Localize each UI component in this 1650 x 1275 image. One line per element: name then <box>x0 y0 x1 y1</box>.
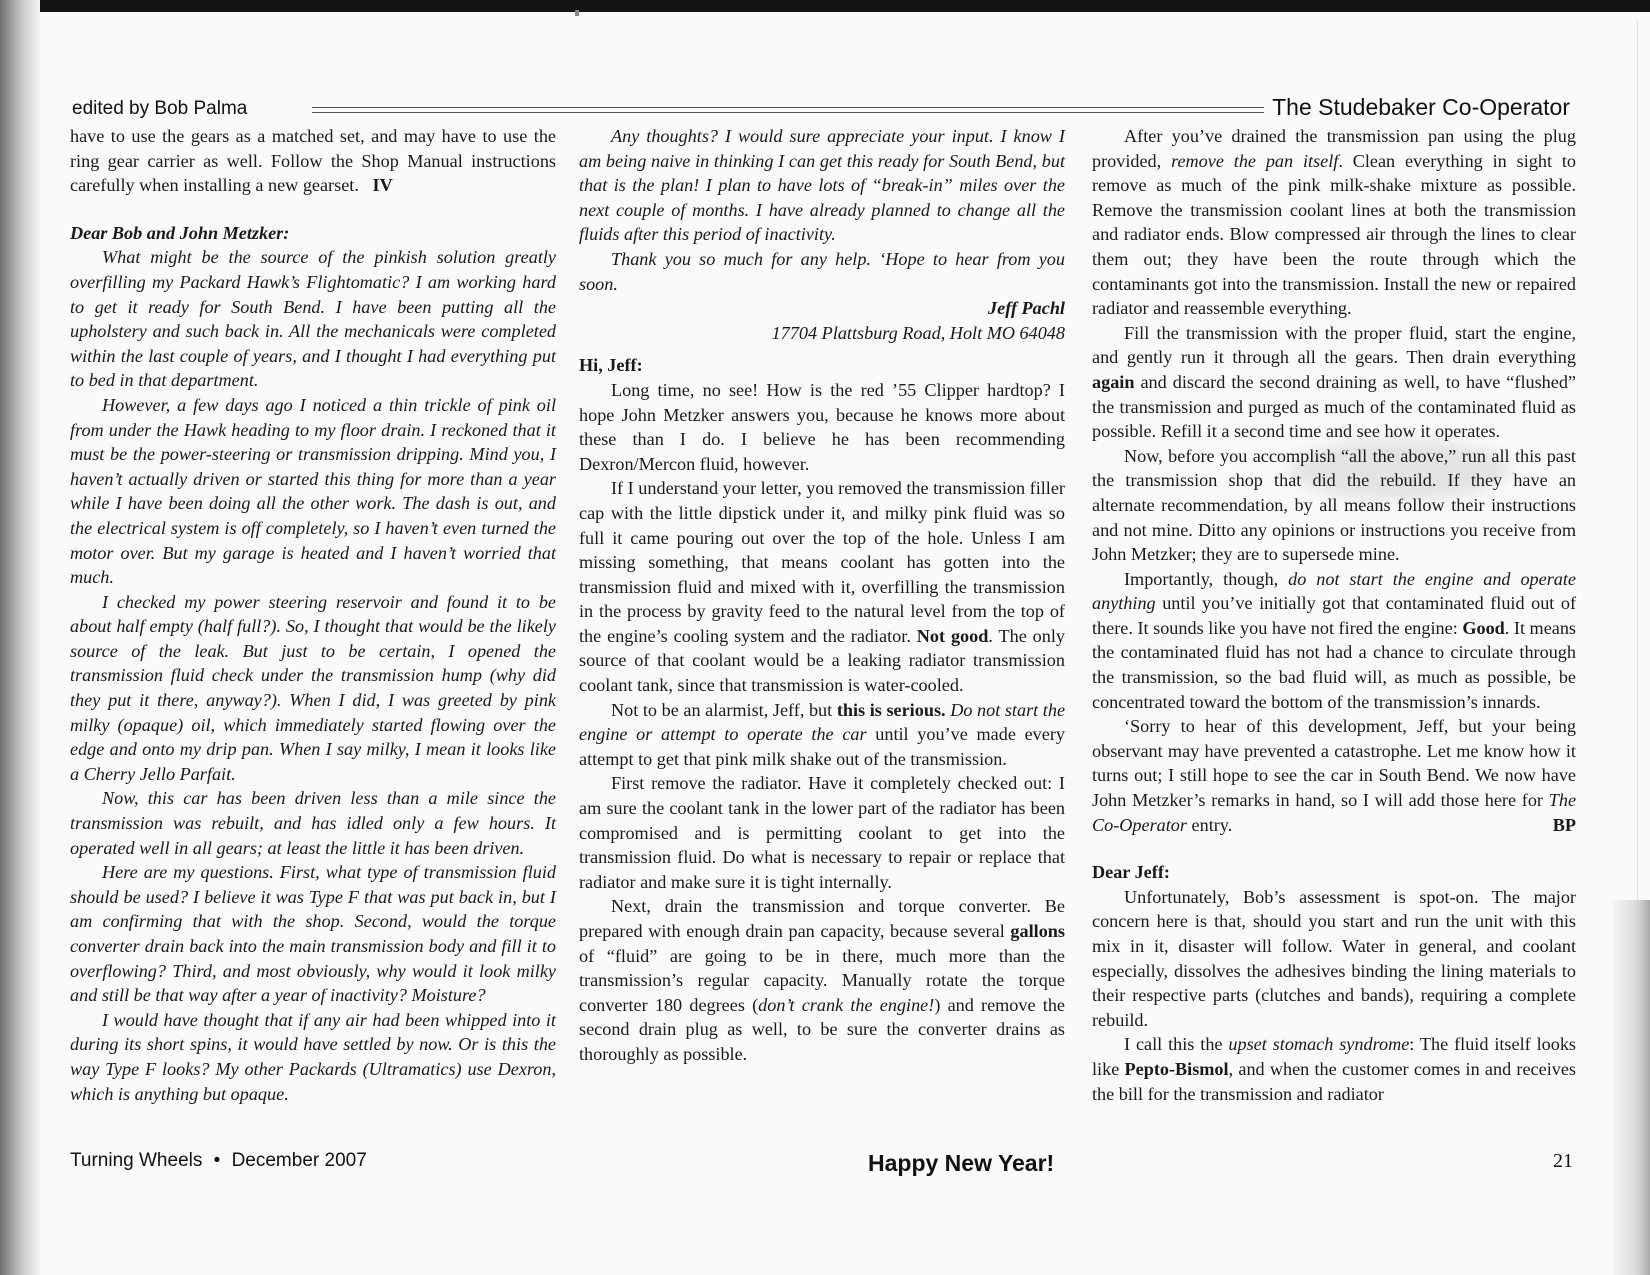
column-1: have to use the gears as a matched set, … <box>70 124 556 1106</box>
reply-paragraph: ‘Sorry to hear of this development, Jeff… <box>1092 714 1576 837</box>
letter-salutation: Dear Bob and John Metzker: <box>70 221 556 246</box>
emphasis: this is serious. <box>837 700 946 720</box>
reply-paragraph: Importantly, though, do not start the en… <box>1092 567 1576 715</box>
text: Not to be an alarmist, Jeff, but <box>611 700 832 720</box>
reader-letter-continued: Any thoughts? I would sure appreciate yo… <box>579 124 1065 345</box>
reply-paragraph: After you’ve drained the transmission pa… <box>1092 124 1576 321</box>
reply-paragraph: Not to be an alarmist, Jeff, but this is… <box>579 698 1065 772</box>
answer-initials: IV <box>373 175 393 195</box>
bullet-separator: • <box>214 1150 221 1171</box>
column-3: After you’ve drained the transmission pa… <box>1092 124 1576 1106</box>
reply-paragraph: First remove the radiator. Have it compl… <box>579 771 1065 894</box>
continued-answer-text: have to use the gears as a matched set, … <box>70 126 556 195</box>
letter-paragraph: Now, this car has been driven less than … <box>70 786 556 860</box>
reply-paragraph: Fill the transmission with the proper fl… <box>1092 321 1576 444</box>
reader-letter: What might be the source of the pinkish … <box>70 245 556 1106</box>
emphasis: Good <box>1462 618 1504 638</box>
letter-paragraph: Any thoughts? I would sure appreciate yo… <box>579 124 1065 247</box>
publication-name: Turning Wheels <box>70 1150 202 1171</box>
text: ‘Sorry to hear of this development, Jeff… <box>1092 716 1576 810</box>
emphasis: again <box>1092 372 1134 392</box>
letter-paragraph: What might be the source of the pinkish … <box>70 245 556 393</box>
letter-paragraph: I would have thought that if any air had… <box>70 1008 556 1106</box>
text: I call this the <box>1124 1034 1223 1054</box>
reply-paragraph: Next, drain the transmission and torque … <box>579 894 1065 1066</box>
expert-paragraph: Unfortunately, Bob’s assessment is spot-… <box>1092 885 1576 1033</box>
reply-paragraph: Long time, no see! How is the red ’55 Cl… <box>579 378 1065 476</box>
letter-signature-address: 17704 Plattsburg Road, Holt MO 64048 <box>579 321 1065 346</box>
text: Next, drain the transmission and torque … <box>579 896 1065 941</box>
expert-salutation: Dear Jeff: <box>1092 860 1576 885</box>
emphasis: remove the pan itself <box>1171 151 1338 171</box>
letter-paragraph: I checked my power steering reservoir an… <box>70 590 556 787</box>
emphasis: don’t crank the engine! <box>758 995 934 1015</box>
letter-signature-name: Jeff Pachl <box>579 296 1065 321</box>
emphasis: gallons <box>1010 921 1065 941</box>
page-spine-shadow <box>0 0 40 1275</box>
reply-initials: BP <box>1521 813 1576 838</box>
footer-publication: Turning Wheels • December 2007 <box>70 1150 367 1172</box>
reply-paragraph: If I understand your letter, you removed… <box>579 476 1065 697</box>
text: Importantly, though, <box>1124 569 1278 589</box>
reply-paragraph: Now, before you accomplish “all the abov… <box>1092 444 1576 567</box>
page-corner-shadow <box>1610 900 1650 1275</box>
expert-paragraph: I call this the upset stomach syndrome: … <box>1092 1032 1576 1106</box>
editor-credit: edited by Bob Palma <box>72 98 247 120</box>
letter-paragraph: Thank you so much for any help. ‘Hope to… <box>579 247 1065 296</box>
letter-paragraph: However, a few days ago I noticed a thin… <box>70 393 556 590</box>
text: Fill the transmission with the proper fl… <box>1092 323 1576 368</box>
continued-answer: have to use the gears as a matched set, … <box>70 124 556 198</box>
text: . Clean everything in sight to remove as… <box>1092 151 1576 319</box>
emphasis: Pepto-Bismol <box>1125 1059 1229 1079</box>
text: and discard the second draining as well,… <box>1092 372 1576 441</box>
footer-greeting: Happy New Year! <box>868 1150 1054 1177</box>
text: If I understand your letter, you removed… <box>579 478 1065 646</box>
scan-top-border <box>0 0 1650 12</box>
emphasis: Not good <box>917 626 989 646</box>
letter-paragraph: Here are my questions. First, what type … <box>70 860 556 1008</box>
issue-date: December 2007 <box>232 1150 367 1171</box>
text: entry. <box>1192 815 1233 835</box>
emphasis: upset stomach syndrome <box>1228 1034 1409 1054</box>
reply-salutation: Hi, Jeff: <box>579 353 1065 378</box>
header-double-rule <box>312 107 1264 113</box>
column-2: Any thoughts? I would sure appreciate yo… <box>579 124 1065 1067</box>
column-title: The Studebaker Co-Operator <box>1272 94 1570 121</box>
page-number: 21 <box>1553 1150 1573 1173</box>
running-header: edited by Bob Palma The Studebaker Co-Op… <box>72 96 1570 126</box>
